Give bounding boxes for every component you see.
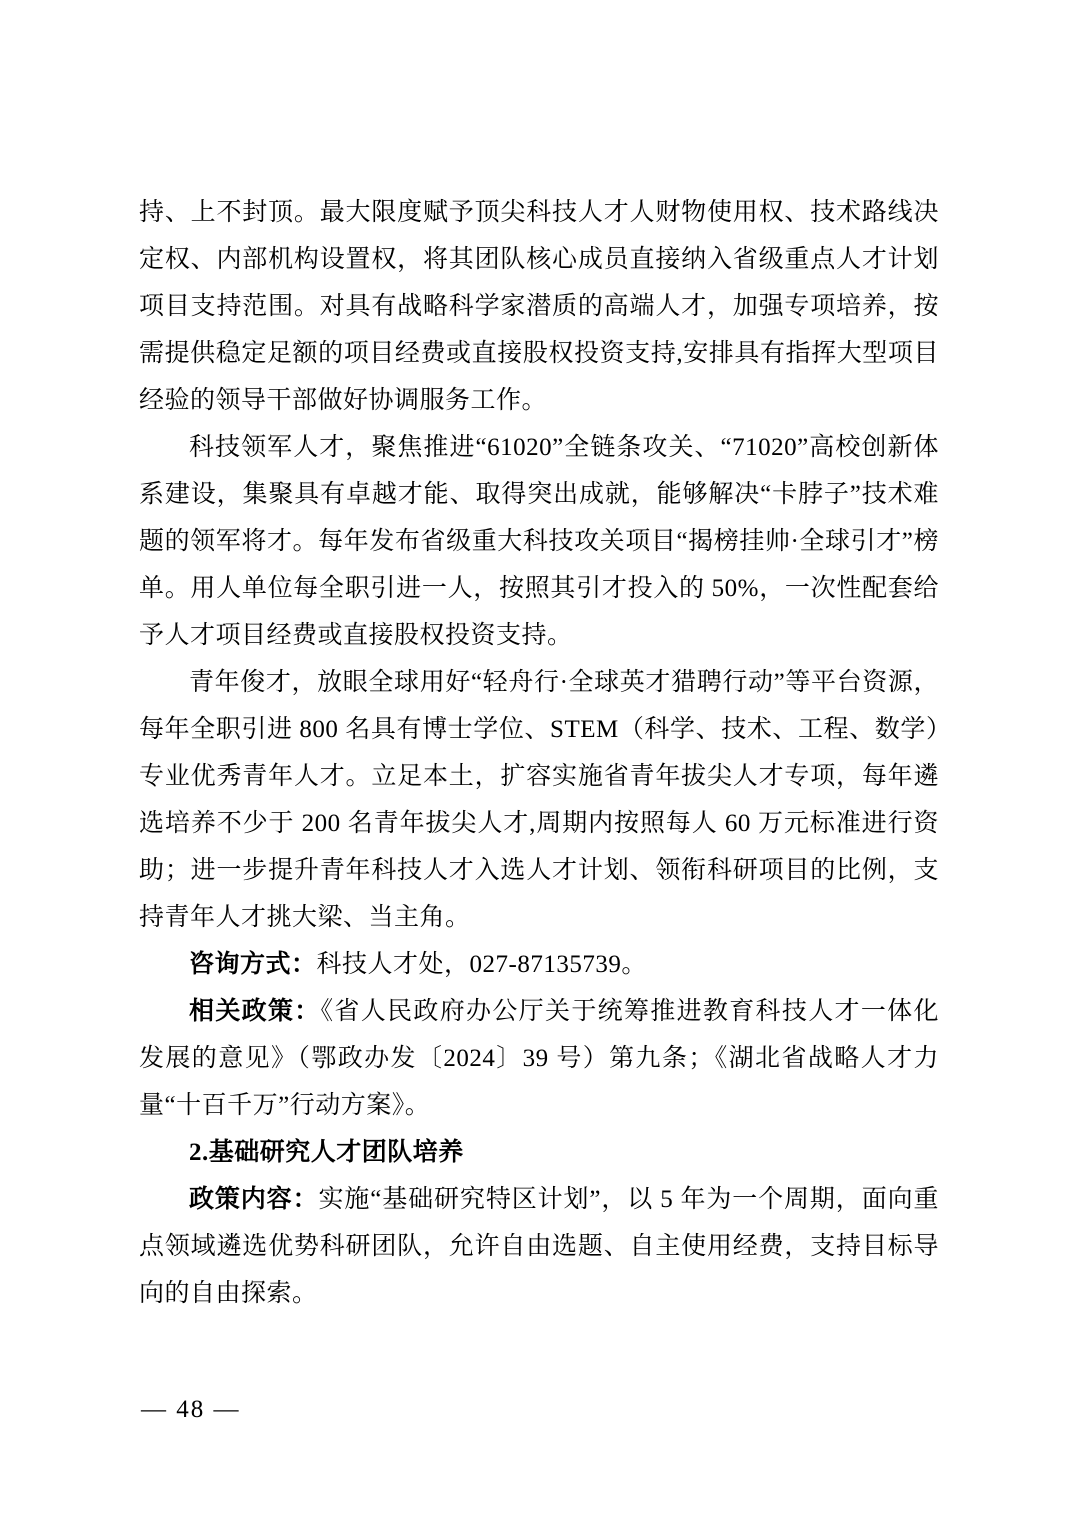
policy-content-label: 政策内容： [189, 1186, 318, 1213]
paragraph-contact: 咨询方式：科技人才处，027-87135739。 [139, 941, 939, 988]
paragraph-policy-content: 政策内容：实施“基础研究特区计划”，以 5 年为一个周期，面向重点领域遴选优势科… [139, 1176, 939, 1317]
related-policy-label: 相关政策： [189, 998, 321, 1025]
paragraph-young-talent: 青年俊才，放眼全球用好“轻舟行·全球英才猎聘行动”等平台资源，每年全职引进 80… [139, 659, 939, 941]
paragraph-leading-sci-talent: 科技领军人才，聚焦推进“61020”全链条攻关、“71020”高校创新体系建设，… [139, 424, 939, 659]
section-heading-basic-research: 2.基础研究人才团队培养 [139, 1129, 939, 1176]
paragraph-related-policy: 相关政策：《省人民政府办公厅关于统筹推进教育科技人才一体化发展的意见》（鄂政办发… [139, 988, 939, 1129]
contact-text: 科技人才处，027-87135739。 [317, 951, 647, 978]
text-block: 持、上不封顶。最大限度赋予顶尖科技人才人财物使用权、技术路线决定权、内部机构设置… [139, 189, 939, 1317]
document-page: 持、上不封顶。最大限度赋予顶尖科技人才人财物使用权、技术路线决定权、内部机构设置… [0, 0, 1074, 1520]
page-number: — 48 — [141, 1386, 241, 1433]
contact-label: 咨询方式： [189, 951, 317, 978]
paragraph-top-talent-continuation: 持、上不封顶。最大限度赋予顶尖科技人才人财物使用权、技术路线决定权、内部机构设置… [139, 189, 939, 424]
